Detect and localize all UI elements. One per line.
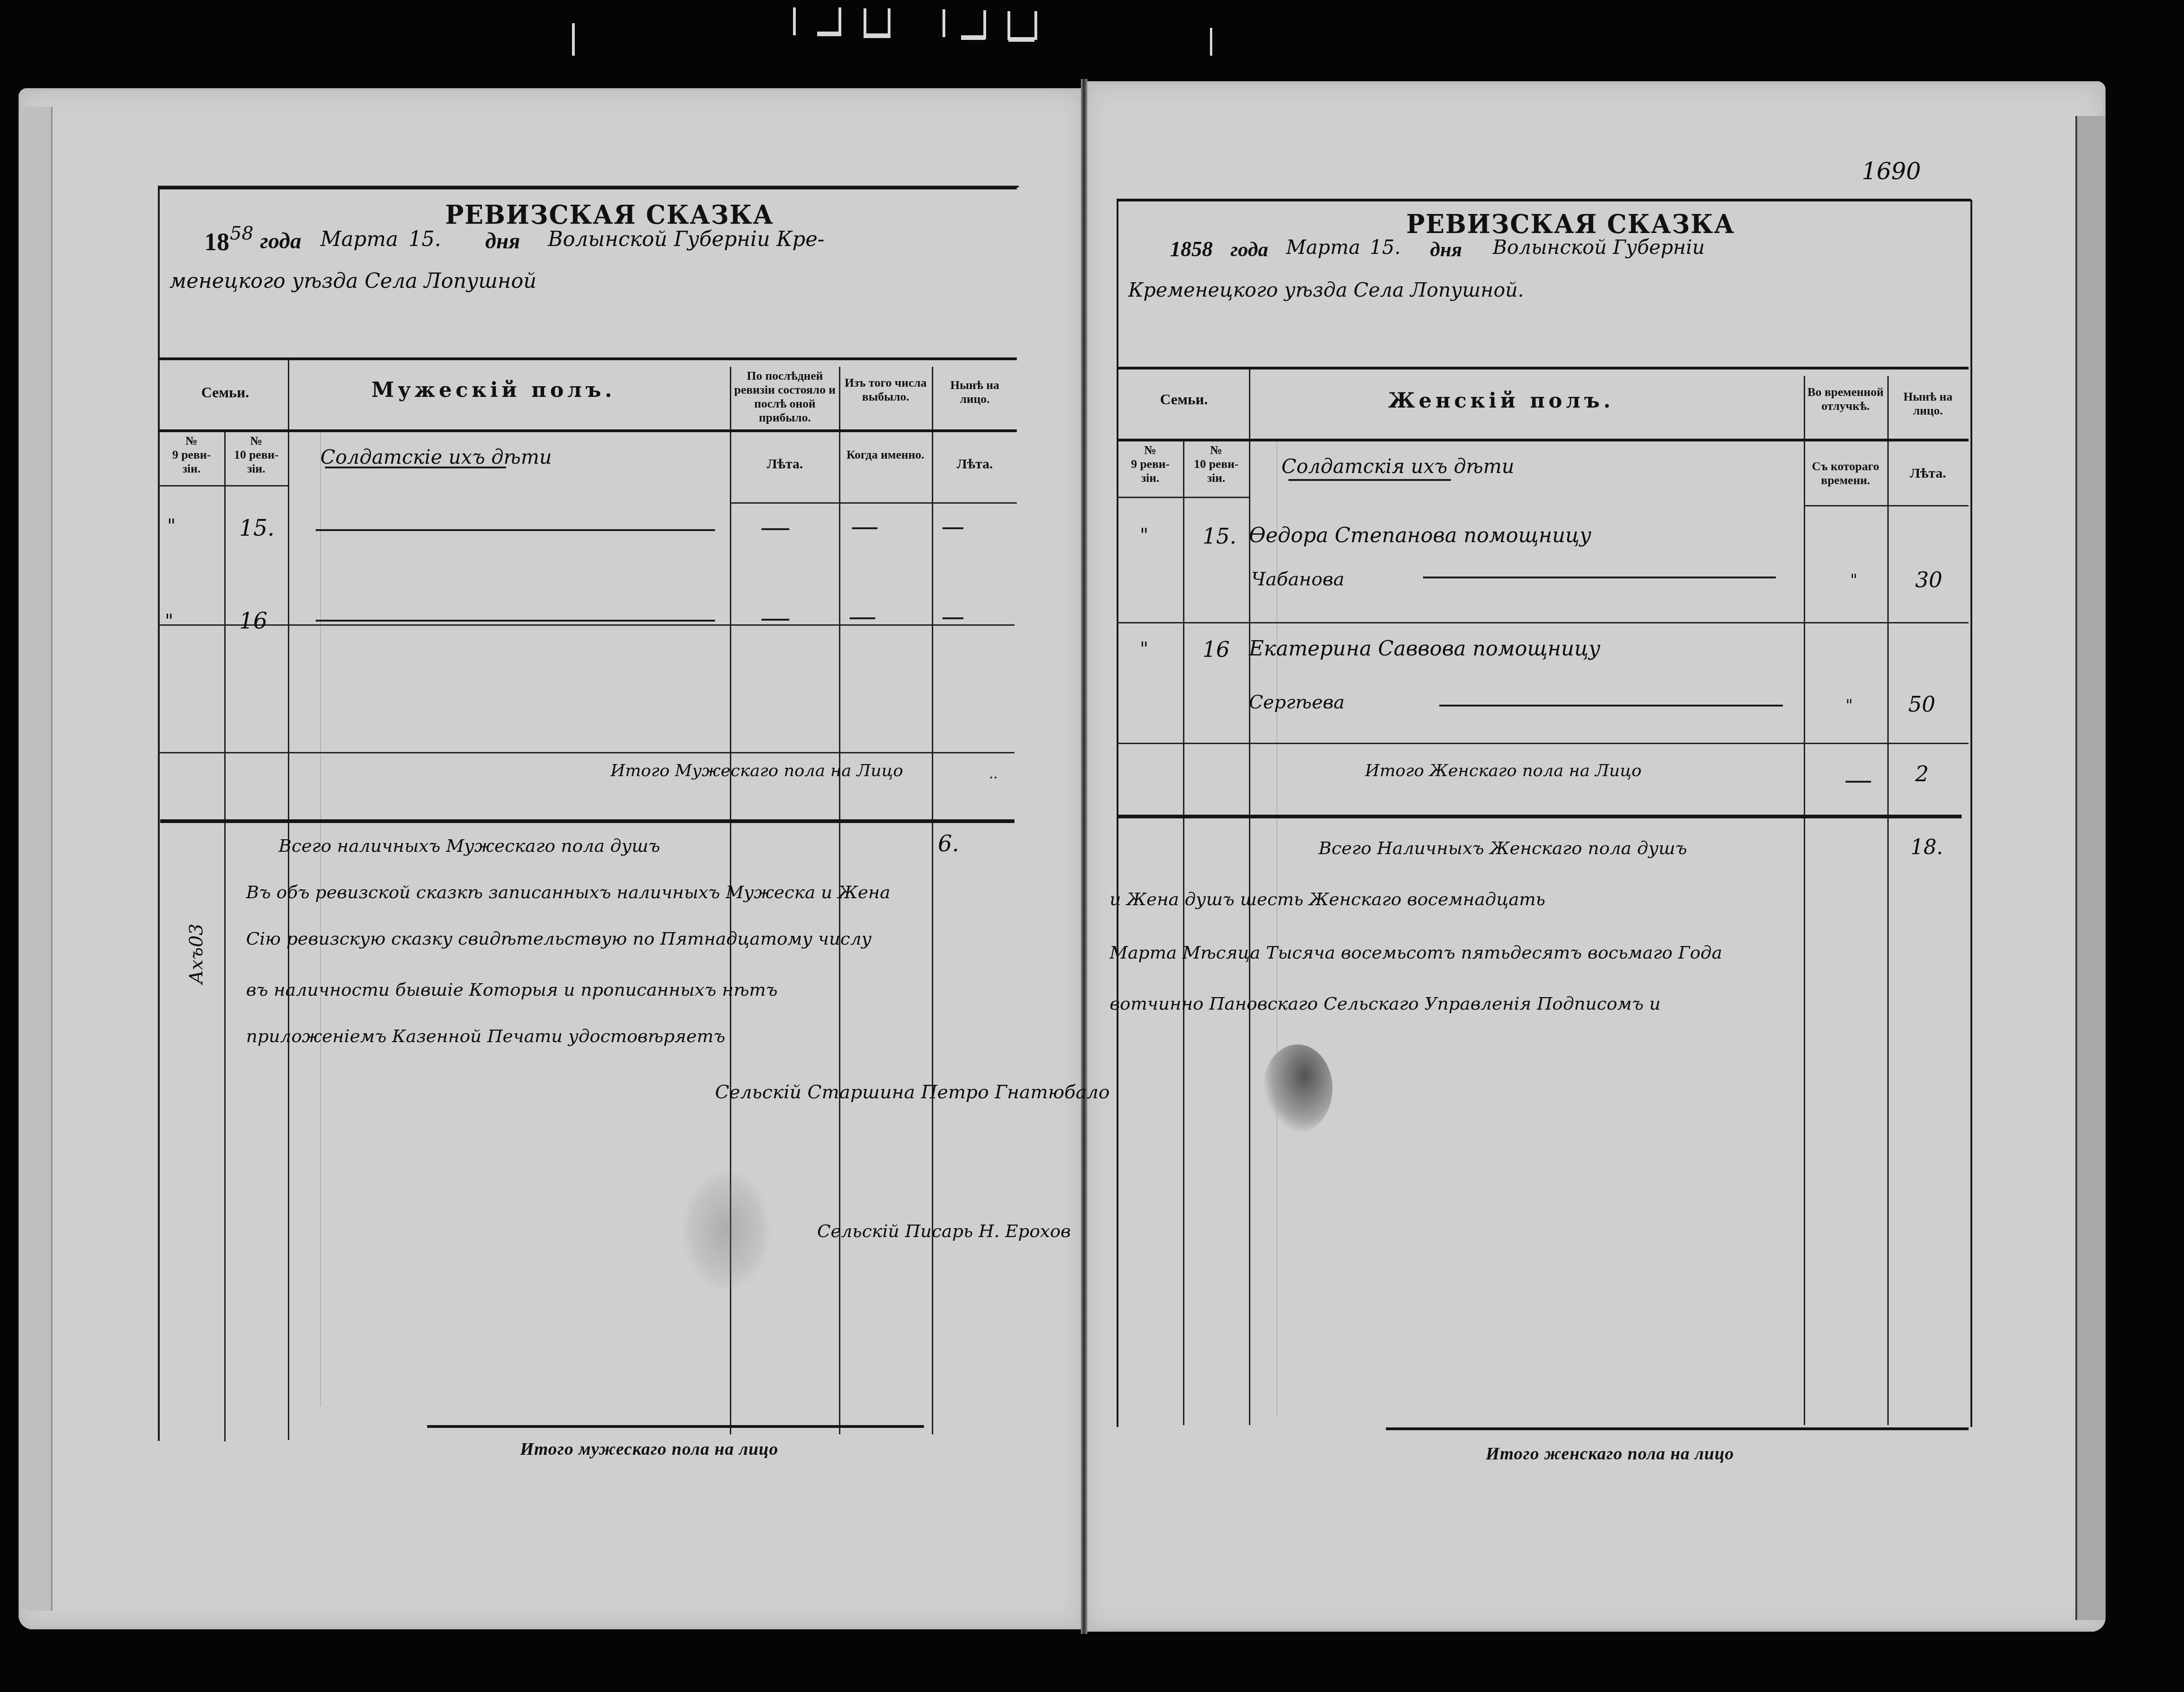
right-col-female: Женскій полъ. [1388, 389, 1614, 413]
left-subtotal-label: Итого Мужескаго пола на Лицо [611, 761, 903, 780]
left-page-edge [19, 107, 52, 1611]
left-form-frame [158, 186, 1019, 1441]
left-col-present: Нынѣ на лицо. [934, 378, 1015, 406]
right-col-rev9: №9 реви-зіи. [1119, 443, 1182, 485]
left-col-last-revision: По послѣдней ревизіи состояло и послѣ он… [733, 369, 837, 425]
archive-frame-marks [0, 0, 2184, 56]
left-footer-total: Итого мужескаго пола на лицо [520, 1439, 778, 1459]
right-col-absent-sub: Съ котораго времени. [1806, 460, 1885, 487]
signature-village-clerk: Сельскій Писарь Н. Ерохов [817, 1221, 1071, 1241]
left-col-male: Мужескій полъ. [371, 378, 616, 402]
right-footer-total: Итого женскаго пола на лицо [1486, 1444, 1734, 1464]
right-subtotal-value: 2 [1915, 761, 1929, 786]
right-col-present-sub: Лѣта. [1890, 467, 1966, 480]
seal-impression-faint [682, 1170, 771, 1290]
left-col-present-sub: Лѣта. [934, 457, 1015, 471]
left-col-family: Семьи. [172, 385, 279, 399]
left-col-rev9: №9 реви-зіи. [160, 434, 223, 476]
left-narrative-total: 6. [938, 831, 959, 857]
right-header-line2: Кременецкого уѣзда Села Лопушной. [1128, 279, 1524, 301]
right-col-present: Нынѣ на лицо. [1890, 390, 1966, 418]
left-col-rev10: №10 реви-зіи. [226, 434, 286, 476]
left-form-title: РЕВИЗСКАЯ СКАЗКА [445, 200, 774, 230]
right-form-title: РЕВИЗСКАЯ СКАЗКА [1406, 209, 1735, 240]
left-col-departed: Изъ того числа выбыло. [843, 376, 929, 404]
left-col-last-revision-sub: Лѣта. [733, 457, 837, 471]
right-col-female-sub: Солдатскія ихъ дѣти [1281, 455, 1514, 478]
left-subtotal-value: .. [989, 766, 998, 782]
left-col-male-sub: Солдатскіе ихъ дѣти [320, 446, 552, 468]
right-col-rev10: №10 реви-зіи. [1185, 443, 1248, 485]
right-col-absent: Во временной отлучкѣ. [1806, 385, 1885, 413]
signature-village-elder: Сельскій Старшина Петро Гнатюбало [715, 1082, 1110, 1103]
folio-number: 1690 [1862, 158, 1921, 185]
book-spine [1081, 79, 1087, 1634]
right-col-family: Семьи. [1128, 392, 1240, 406]
right-page-edge [2075, 116, 2105, 1620]
left-margin-note: Ахъ03 [186, 924, 207, 984]
right-form-frame [1117, 200, 1972, 1427]
right-narrative-total: 18. [1911, 836, 1943, 859]
left-header-line2: менецкого уѣзда Села Лопушной [169, 269, 537, 293]
left-col-departed-sub: Когда именно. [841, 448, 929, 462]
right-subtotal-label: Итого Женскаго пола на Лицо [1365, 761, 1642, 780]
